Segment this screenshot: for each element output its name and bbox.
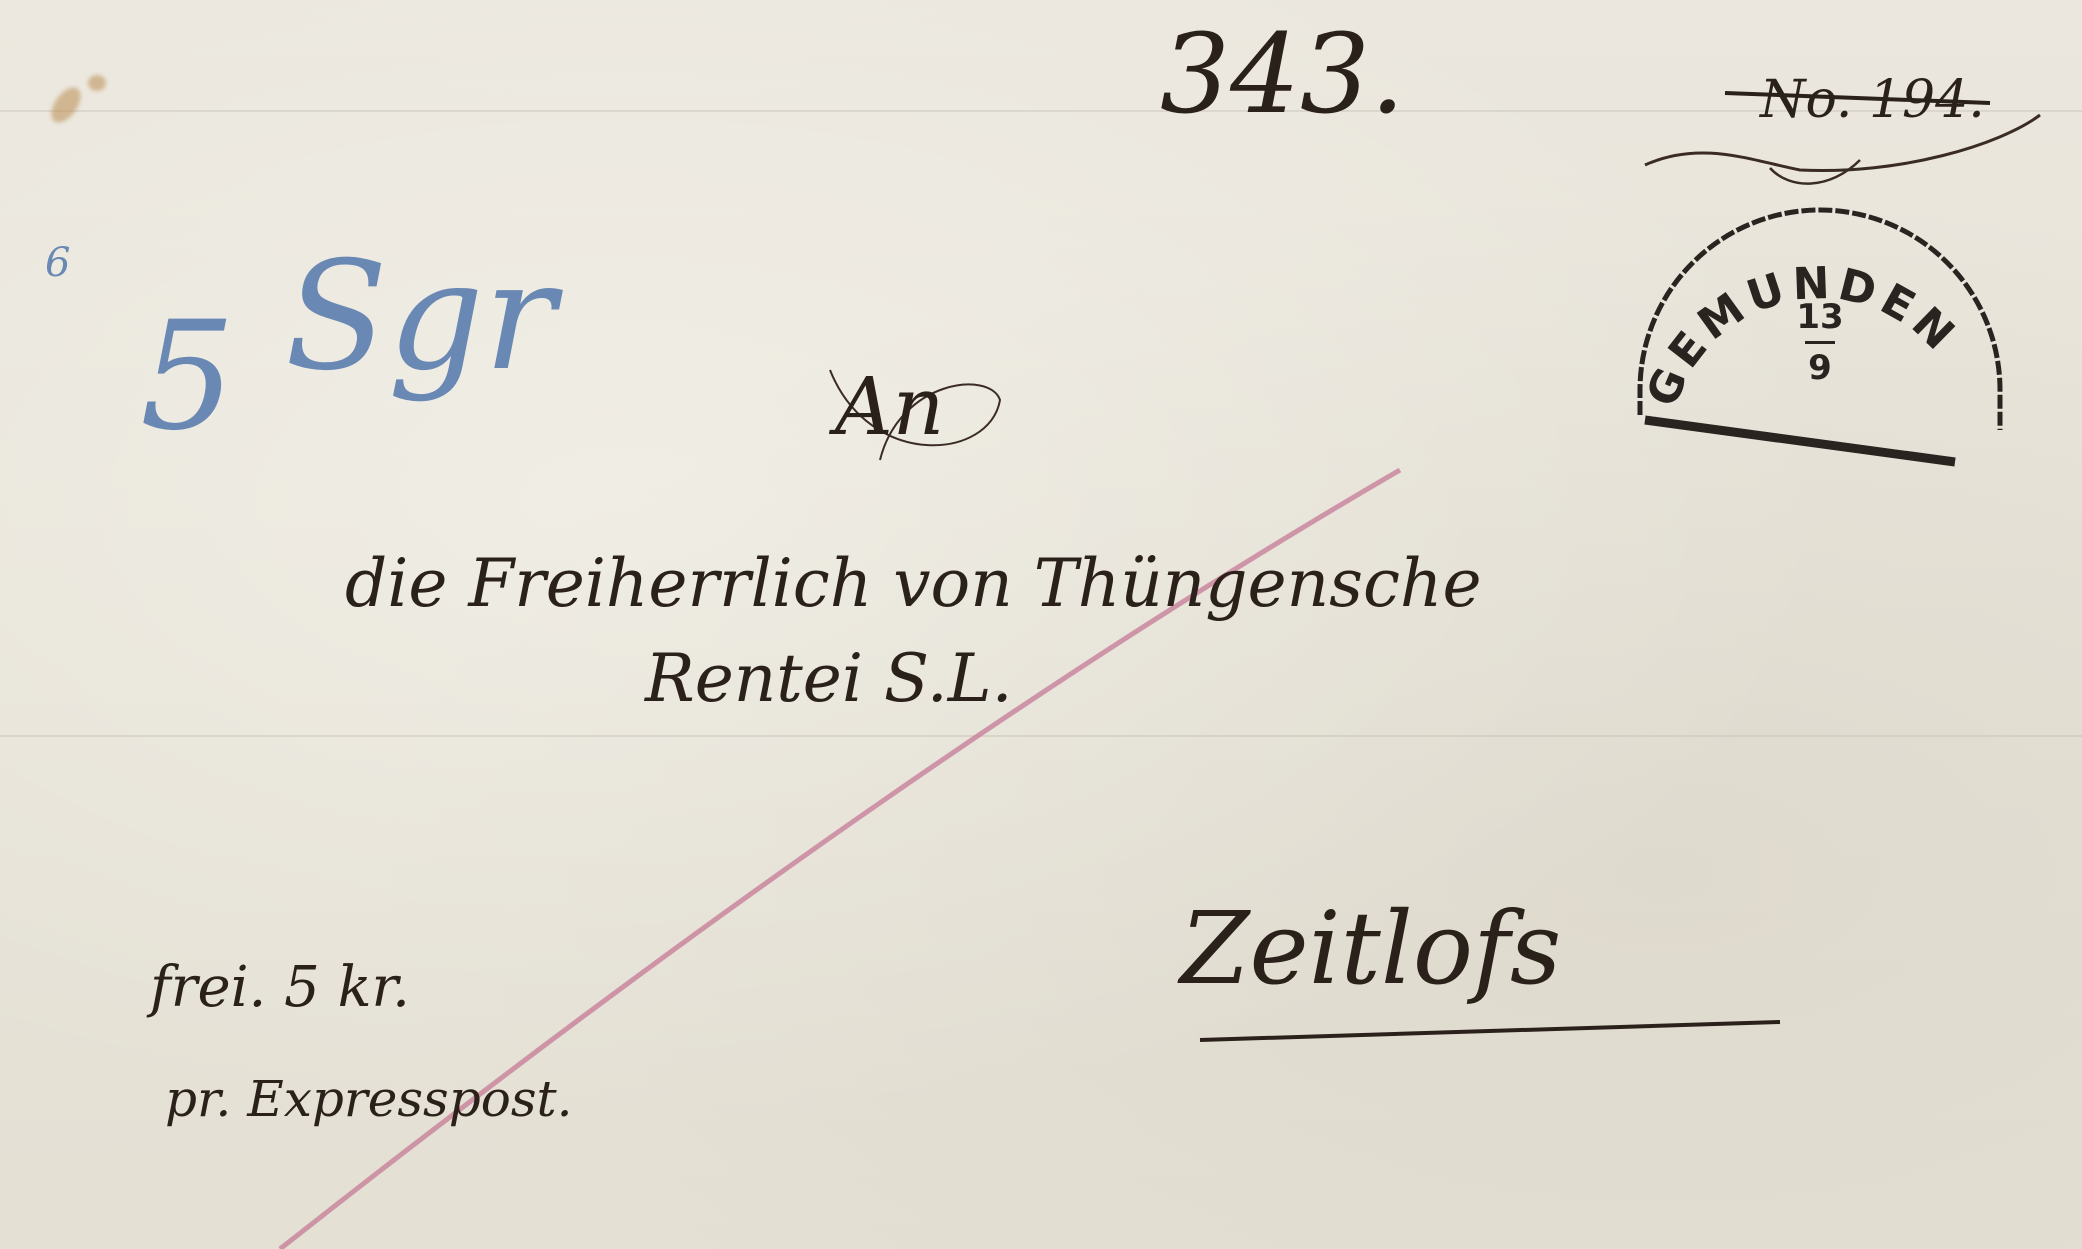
pencil-rate-unit: Sgr [285, 230, 555, 404]
postmark-month: 9 [1808, 348, 1832, 388]
postmark-day: 13 [1796, 297, 1843, 337]
handwriting-strokes [0, 0, 2082, 1249]
pencil-rate-number: 5 [140, 290, 235, 464]
address-line-2: Rentei S.L. [645, 640, 1013, 717]
date-separator [1805, 341, 1835, 344]
registry-number: 343. [1160, 10, 1405, 138]
crossed-out-number: No. 194. [1760, 70, 1985, 130]
address-salutation: An [835, 360, 944, 453]
letter-cover: 343. No. 194. GEMUNDEN 13 9 6 5 Sgr An d… [0, 0, 2082, 1249]
franking-note-line-2: pr. Expresspost. [165, 1070, 572, 1128]
pencil-small-mark: 6 [45, 240, 70, 286]
address-destination: Zeitlofs [1180, 890, 1561, 1007]
franking-note-line-1: frei. 5 kr. [150, 955, 410, 1020]
postmark-stamp: GEMUNDEN 13 9 [1630, 200, 2010, 470]
postmark-date: 13 9 [1790, 295, 1850, 390]
address-line-1: die Freiherrlich von Thüngensche [345, 545, 1482, 622]
